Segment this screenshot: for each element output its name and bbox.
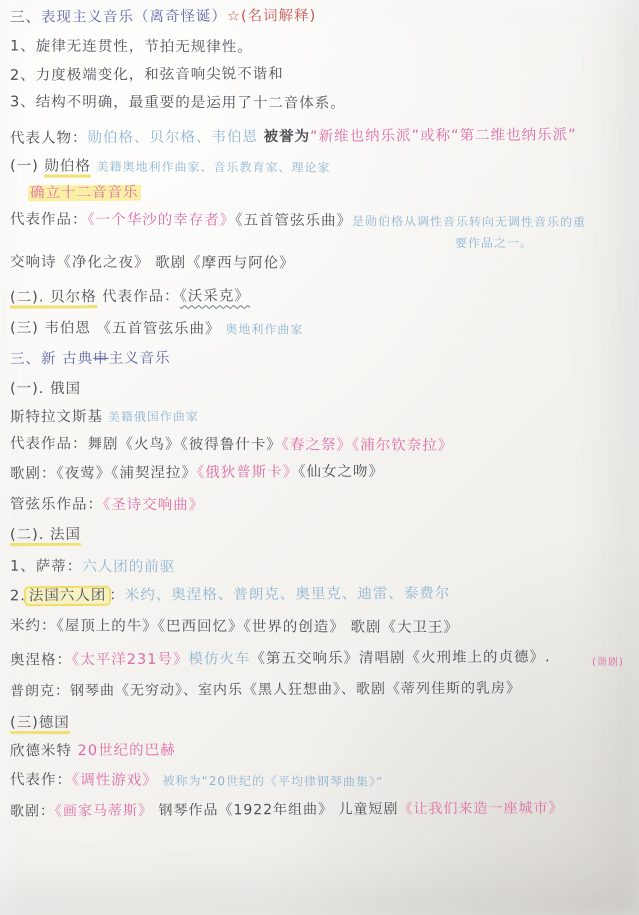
text-segment: 《太平洋231号》 bbox=[72, 652, 189, 669]
text-segment: 勋伯格、贝尔格、韦伯恩 bbox=[87, 129, 263, 146]
text-segment: (二). bbox=[10, 289, 50, 305]
note-line: 代表作品：舞剧《火鸟》《彼得鲁什卡》《春之祭》《浦尔钦奈拉》 bbox=[10, 435, 453, 455]
text-segment: 确立十二音音乐 bbox=[28, 185, 141, 202]
text-segment: 三、 bbox=[10, 10, 41, 26]
text-segment: 1、萨蒂： bbox=[10, 559, 82, 575]
text-segment: (一). 俄国 bbox=[10, 381, 81, 397]
note-line: 欣德米特 20世纪的巴赫 bbox=[10, 741, 176, 760]
text-segment: 《仙女之吻》 bbox=[298, 464, 384, 481]
text-segment: 3、结构不明确，最重要的是运用了十二音体系。 bbox=[10, 94, 346, 111]
note-line: 3、结构不明确，最重要的是运用了十二音体系。 bbox=[10, 93, 346, 113]
text-segment: 钢琴作品《1922年组曲》 儿童短剧 bbox=[153, 801, 399, 818]
note-line: 代表作：《调性游戏》 被称为“20世纪的《平均律钢琴曲集》” bbox=[10, 771, 383, 791]
text-segment: 2. bbox=[10, 588, 26, 604]
text-segment: 三、新 古典 bbox=[10, 351, 93, 368]
text-segment: 歌剧：《夜莺》《浦契涅拉》 bbox=[10, 465, 197, 482]
note-line: 歌剧：《画家马蒂斯》 钢琴作品《1922年组曲》 儿童短剧《让我们来造一座城市》 bbox=[10, 800, 564, 821]
notes-page: 三、表现主义音乐（离奇怪诞）☆(名词解释)1、旋律无连贯性，节拍无规律性。2、力… bbox=[0, 0, 639, 915]
note-line: 代表作品：《一个华沙的幸存者》《五首管弦乐曲》是勋伯格从调性音乐转向无调性音乐的… bbox=[10, 211, 586, 232]
text-segment: 代表作品： bbox=[96, 289, 179, 306]
text-segment: 《圣诗交响曲》 bbox=[103, 497, 204, 513]
text-segment: 代表作品：舞剧《火鸟》《彼得鲁什卡》 bbox=[10, 436, 282, 453]
text-segment: 代表人物： bbox=[10, 130, 88, 146]
note-line: (一) 勋伯格 美籍奥地利作曲家、音乐教育家、理论家 bbox=[10, 157, 331, 177]
text-segment: (一) bbox=[10, 158, 45, 174]
text-segment: 交响诗《净化之夜》 歌剧《摩西与阿伦》 bbox=[10, 254, 295, 271]
text-segment: 奥涅格： bbox=[10, 652, 72, 668]
text-segment: 2、力度极端变化，和弦音响尖锐不谐和 bbox=[10, 66, 284, 84]
text-segment: 奥地利作曲家 bbox=[221, 322, 304, 336]
text-segment: 歌剧： bbox=[10, 803, 55, 819]
text-segment: 20世纪的巴赫 bbox=[72, 742, 176, 759]
note-line: 斯特拉文斯基 美籍俄国作曲家 bbox=[10, 407, 199, 426]
text-segment: 《俄狄普斯卡》 bbox=[197, 464, 298, 481]
note-line: (一). 俄国 bbox=[10, 380, 81, 398]
text-segment: 《五首管弦乐曲》 bbox=[235, 213, 352, 230]
note-line: 三、表现主义音乐（离奇怪诞）☆(名词解释) bbox=[10, 7, 316, 27]
text-segment: 《让我们来造一座城市》 bbox=[398, 800, 563, 817]
text-segment: 被称为“20世纪的《平均律钢琴曲集》” bbox=[158, 774, 384, 789]
note-line: 管弦乐作品：《圣诗交响曲》 bbox=[10, 496, 204, 515]
note-line: (二). 法国 bbox=[10, 526, 81, 545]
text-segment: 法国六人团 bbox=[26, 588, 110, 605]
text-segment: 《一个华沙的幸存者》 bbox=[87, 212, 235, 229]
text-segment: 要作品之一。 bbox=[455, 236, 533, 250]
note-line: (谐剧) bbox=[592, 652, 624, 670]
text-segment: 1、旋律无连贯性，节拍无规律性。 bbox=[10, 38, 253, 55]
note-line: 确立十二音音乐 bbox=[28, 184, 141, 203]
text-segment: 勋伯格 bbox=[44, 158, 91, 174]
text-segment: (三)德国 bbox=[10, 715, 70, 731]
text-segment: 主义音乐 bbox=[109, 351, 171, 367]
text-segment: 六人团的前驱 bbox=[82, 559, 175, 575]
text-segment: ： bbox=[109, 588, 125, 604]
note-line: 奥涅格：《太平洋231号》模仿火车《第五交响乐》清唱剧《火刑堆上的贞德》. bbox=[10, 648, 551, 669]
text-segment: 《沃采克》 bbox=[180, 288, 250, 304]
note-line: 交响诗《净化之夜》 歌剧《摩西与阿伦》 bbox=[10, 253, 295, 272]
text-segment: 米约、奥涅格、普朗克、奥里克、迪雷、泰费尔 bbox=[125, 586, 451, 604]
text-segment: ☆ bbox=[227, 9, 241, 25]
text-segment: 美籍奥地利作曲家、音乐教育家、理论家 bbox=[97, 160, 331, 175]
text-segment: 代表作品： bbox=[10, 212, 88, 228]
text-segment: 欣德米特 bbox=[10, 743, 72, 759]
note-line: 普朗克：钢琴曲《无穷动》、室内乐《黑人狂想曲》、歌剧《蒂列佳斯的乳房》 bbox=[10, 680, 521, 701]
text-segment: 被誉为 bbox=[264, 129, 311, 145]
text-segment: 美籍俄国作曲家 bbox=[103, 409, 199, 424]
note-line: 要作品之一。 bbox=[455, 234, 533, 253]
note-line: 2.法国六人团：米约、奥涅格、普朗克、奥里克、迪雷、泰费尔 bbox=[10, 585, 450, 606]
text-segment: 《第五交响乐》清唱剧《火刑堆上的贞德》. bbox=[250, 649, 550, 667]
note-line: 代表人物：勋伯格、贝尔格、韦伯恩 被誉为“新维也纳乐派”或称“第二维也纳乐派” bbox=[10, 126, 577, 148]
text-segment: (二). 法国 bbox=[10, 527, 81, 543]
text-segment: 是勋伯格从调性音乐转向无调性音乐的重 bbox=[352, 214, 586, 229]
note-line: (二). 贝尔格 代表作品：《沃采克》 bbox=[10, 287, 250, 307]
text-segment: 模仿火车 bbox=[188, 651, 250, 667]
text-segment: 普朗克：钢琴曲《无穷动》、室内乐《黑人狂想曲》、歌剧《蒂列佳斯的乳房》 bbox=[10, 680, 521, 699]
note-line: 1、萨蒂：六人团的前驱 bbox=[10, 558, 175, 577]
text-segment: (三) 韦伯恩 《五首管弦乐曲》 bbox=[10, 320, 221, 337]
note-line: 2、力度极端变化，和弦音响尖锐不谐和 bbox=[10, 65, 284, 85]
note-line: 1、旋律无连贯性，节拍无规律性。 bbox=[10, 37, 253, 56]
text-segment: 《画家马蒂斯》 bbox=[55, 803, 153, 820]
text-segment: 《春之祭》《浦尔钦奈拉》 bbox=[282, 437, 454, 454]
text-segment: (谐剧) bbox=[592, 657, 624, 668]
text-segment: 米约：《屋顶上的牛》《巴西回忆》《世界的创造》 歌剧《大卫王》 bbox=[10, 618, 459, 636]
text-segment: 《调性游戏》 bbox=[72, 772, 158, 788]
note-line: 三、新 古典申主义音乐 bbox=[10, 350, 171, 369]
text-segment: 表现主义音乐（离奇怪诞） bbox=[41, 9, 227, 26]
text-segment: 申 bbox=[93, 351, 109, 367]
note-line: (三) 韦伯恩 《五首管弦乐曲》 奥地利作曲家 bbox=[10, 319, 303, 338]
note-line: 歌剧：《夜莺》《浦契涅拉》《俄狄普斯卡》《仙女之吻》 bbox=[10, 463, 384, 483]
text-segment: 代表作： bbox=[10, 772, 72, 788]
text-segment: “新维也纳乐派”或称“第二维也纳乐派” bbox=[310, 127, 577, 145]
text-segment: (名词解释) bbox=[241, 8, 316, 24]
text-segment: 贝尔格 bbox=[50, 289, 97, 305]
text-segment: 斯特拉文斯基 bbox=[10, 409, 103, 426]
text-segment: 管弦乐作品： bbox=[10, 497, 103, 513]
note-line: (三)德国 bbox=[10, 714, 70, 732]
note-line: 米约：《屋顶上的牛》《巴西回忆》《世界的创造》 歌剧《大卫王》 bbox=[10, 617, 459, 637]
